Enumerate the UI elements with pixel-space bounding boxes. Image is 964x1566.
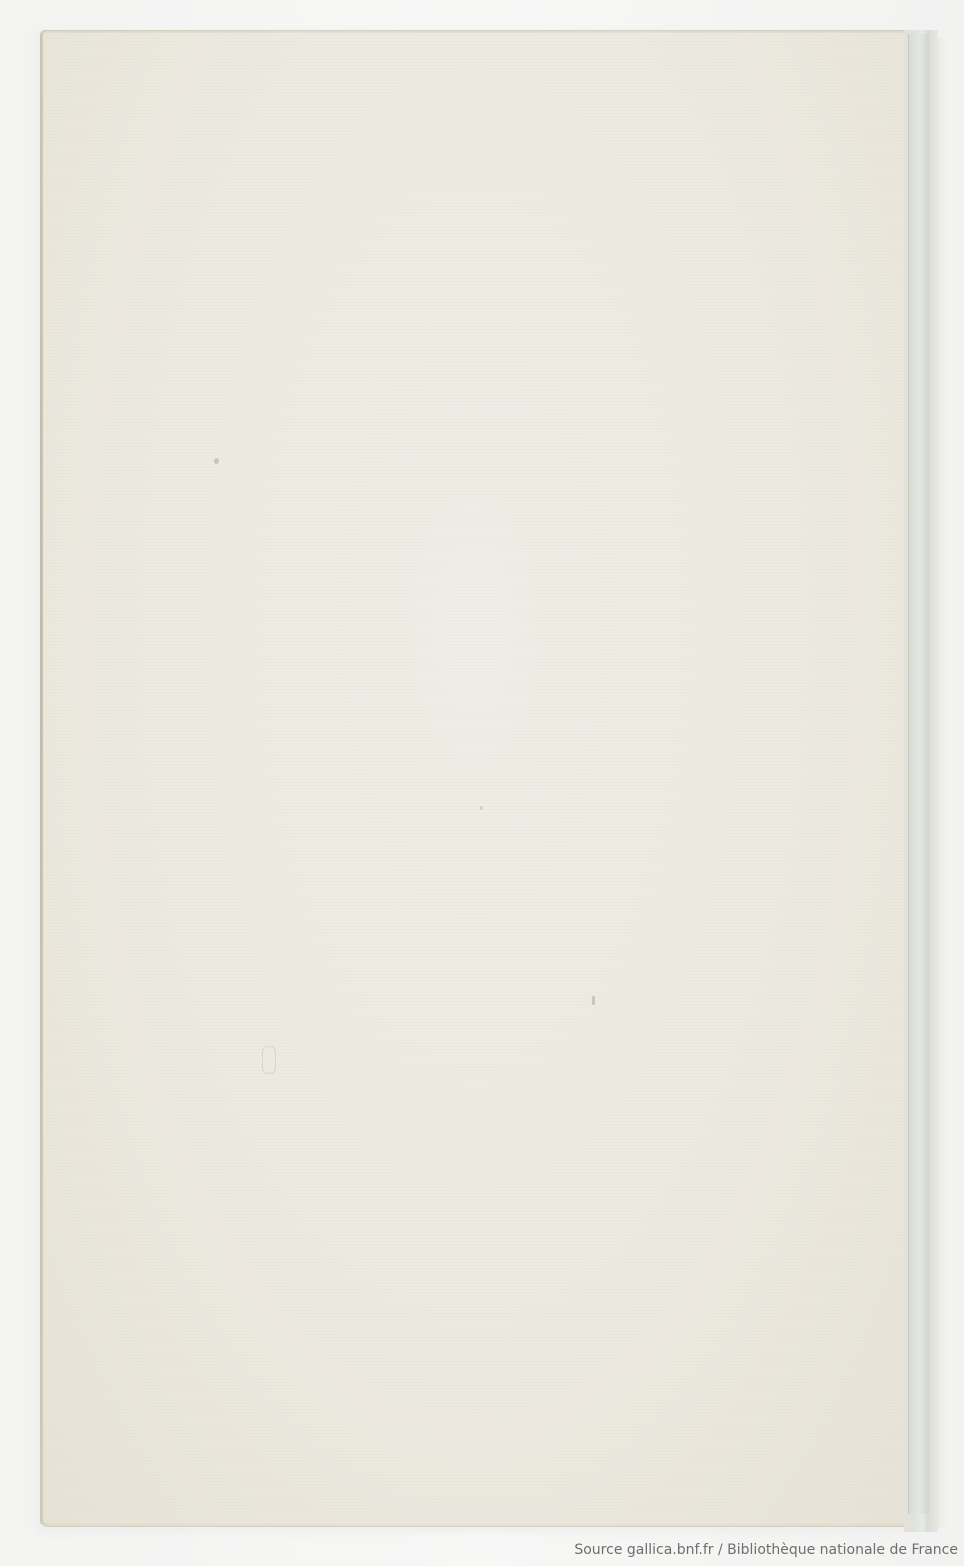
- binding-fold: [908, 34, 929, 1514]
- paper-foxing-spot: [480, 806, 483, 810]
- source-credit: Source gallica.bnf.fr / Bibliothèque nat…: [574, 1542, 958, 1558]
- paper-watermark: [262, 1046, 276, 1074]
- paper-foxing-spot: [214, 458, 219, 464]
- paper-foxing-spot: [592, 996, 595, 1005]
- binding-outer-edge: [938, 38, 946, 1528]
- scanned-page: [40, 30, 908, 1527]
- document-viewer: Source gallica.bnf.fr / Bibliothèque nat…: [0, 0, 964, 1566]
- page-left-edge: [40, 34, 43, 1524]
